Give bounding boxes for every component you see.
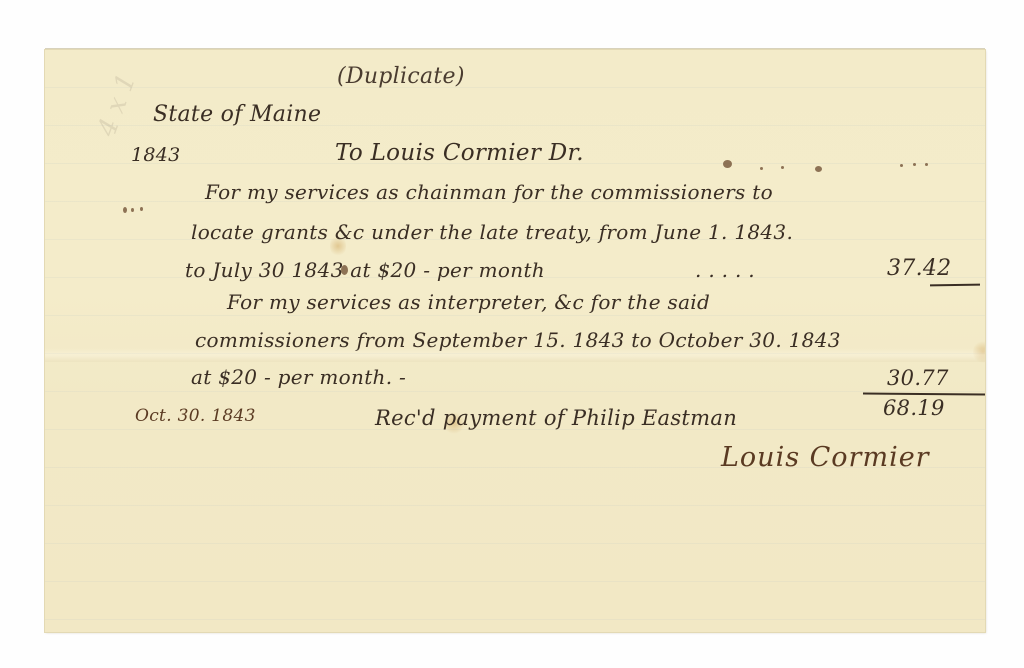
receipt-date: Oct. 30. 1843 [135, 406, 256, 426]
ink-blot [925, 163, 928, 166]
faint-marks: 4 x 1 [92, 70, 142, 141]
item-1-line-3: to July 30 1843 at $20 - per month [185, 258, 545, 282]
year: 1843 [131, 144, 181, 166]
document-scan: 4 x 1 (Duplicate) State of Maine 1843 To… [0, 0, 1024, 668]
item-1-line-1: For my services as chainman for the comm… [205, 180, 773, 204]
total-amount: 68.19 [883, 396, 945, 420]
paper-sheet: 4 x 1 (Duplicate) State of Maine 1843 To… [45, 50, 985, 632]
amount-underline [930, 284, 980, 286]
edge-stain [973, 340, 985, 364]
item-2-line-1: For my services as interpreter, &c for t… [227, 290, 710, 314]
addressee: State of Maine [153, 102, 321, 127]
ink-blot [131, 208, 134, 212]
ink-blot [900, 164, 903, 167]
ink-blot [723, 160, 732, 168]
item-2-line-3: at $20 - per month. - [191, 365, 406, 389]
item-1-amount: 37.42 [887, 256, 951, 281]
receipt-text: Rec'd payment of Philip Eastman [375, 406, 737, 430]
ink-blot [781, 166, 784, 169]
ink-blot [140, 207, 143, 211]
creditor-line: To Louis Cormier Dr. [335, 140, 584, 166]
ink-blot [815, 166, 822, 172]
duplicate-label: (Duplicate) [337, 64, 465, 89]
item-2-line-2: commissioners from September 15. 1843 to… [195, 328, 841, 352]
item-1-line-2: locate grants &c under the late treaty, … [191, 220, 793, 244]
item-2-amount: 30.77 [887, 366, 949, 390]
ink-blot [123, 207, 127, 213]
item-1-leader: . . . . . [695, 258, 755, 282]
ink-blot [760, 167, 763, 170]
signature: Louis Cormier [721, 442, 930, 473]
ink-blot [913, 163, 916, 166]
total-rule [863, 392, 985, 395]
